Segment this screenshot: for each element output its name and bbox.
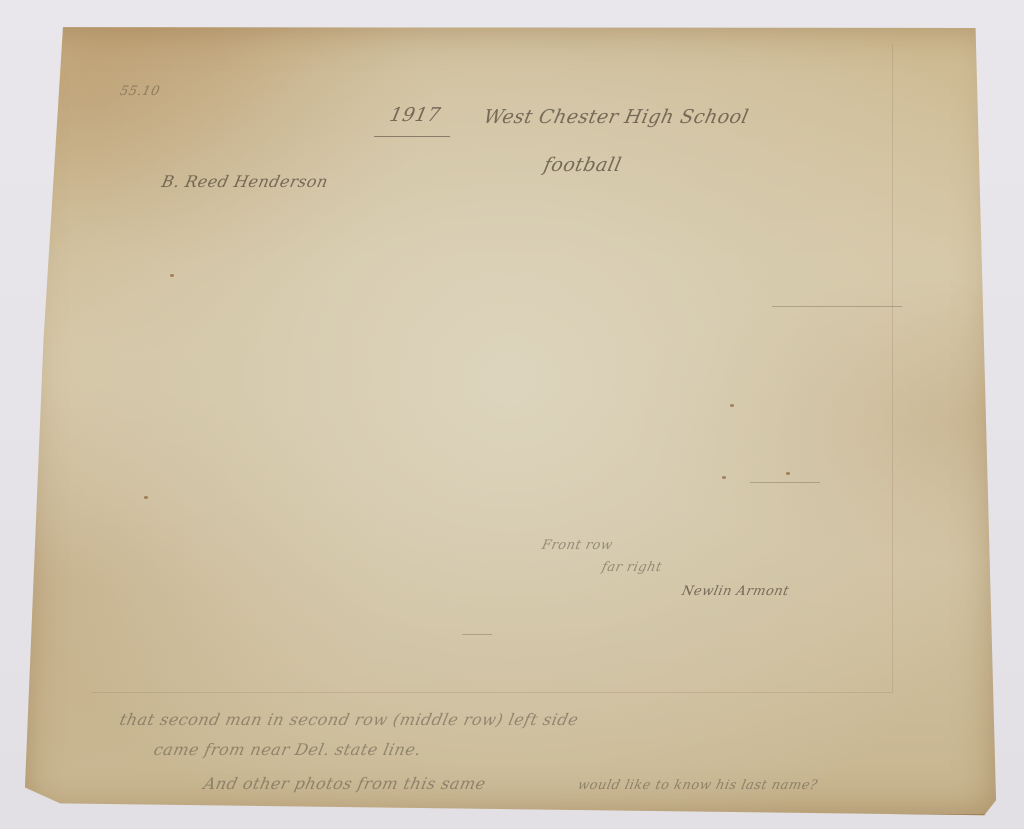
foxing-spot: [144, 496, 148, 499]
foxing-spot: [730, 404, 734, 407]
note-line-2: came from near Del. state line.: [152, 740, 423, 759]
title-sport: football: [542, 154, 624, 176]
foxing-spot: [36, 352, 42, 355]
position-row: Front row: [540, 538, 614, 553]
foxing-spot: [786, 472, 790, 475]
pencil-stroke: [750, 482, 820, 483]
note-line-1: that second man in second row (middle ro…: [118, 710, 580, 729]
pencil-stroke: [462, 634, 492, 635]
photo-scene: 55.10 B. Reed Henderson 1917 West Cheste…: [0, 0, 1024, 829]
photo-mount-card-back: 55.10 B. Reed Henderson 1917 West Cheste…: [22, 24, 998, 816]
year-underline: [374, 136, 450, 137]
position-side: far right: [600, 560, 663, 575]
note-line-3-question: would like to know his last name?: [576, 778, 819, 793]
note-line-3: And other photos from this same: [202, 774, 488, 793]
donor-name: B. Reed Henderson: [160, 172, 330, 191]
foxing-spot: [722, 476, 726, 479]
year-label: 1917: [388, 104, 443, 126]
catalog-number: 55.10: [118, 84, 161, 99]
pencil-stroke: [772, 306, 902, 307]
title-school: West Chester High School: [482, 106, 751, 128]
foxing-spot: [170, 274, 174, 277]
person-name: Newlin Armont: [680, 584, 790, 599]
